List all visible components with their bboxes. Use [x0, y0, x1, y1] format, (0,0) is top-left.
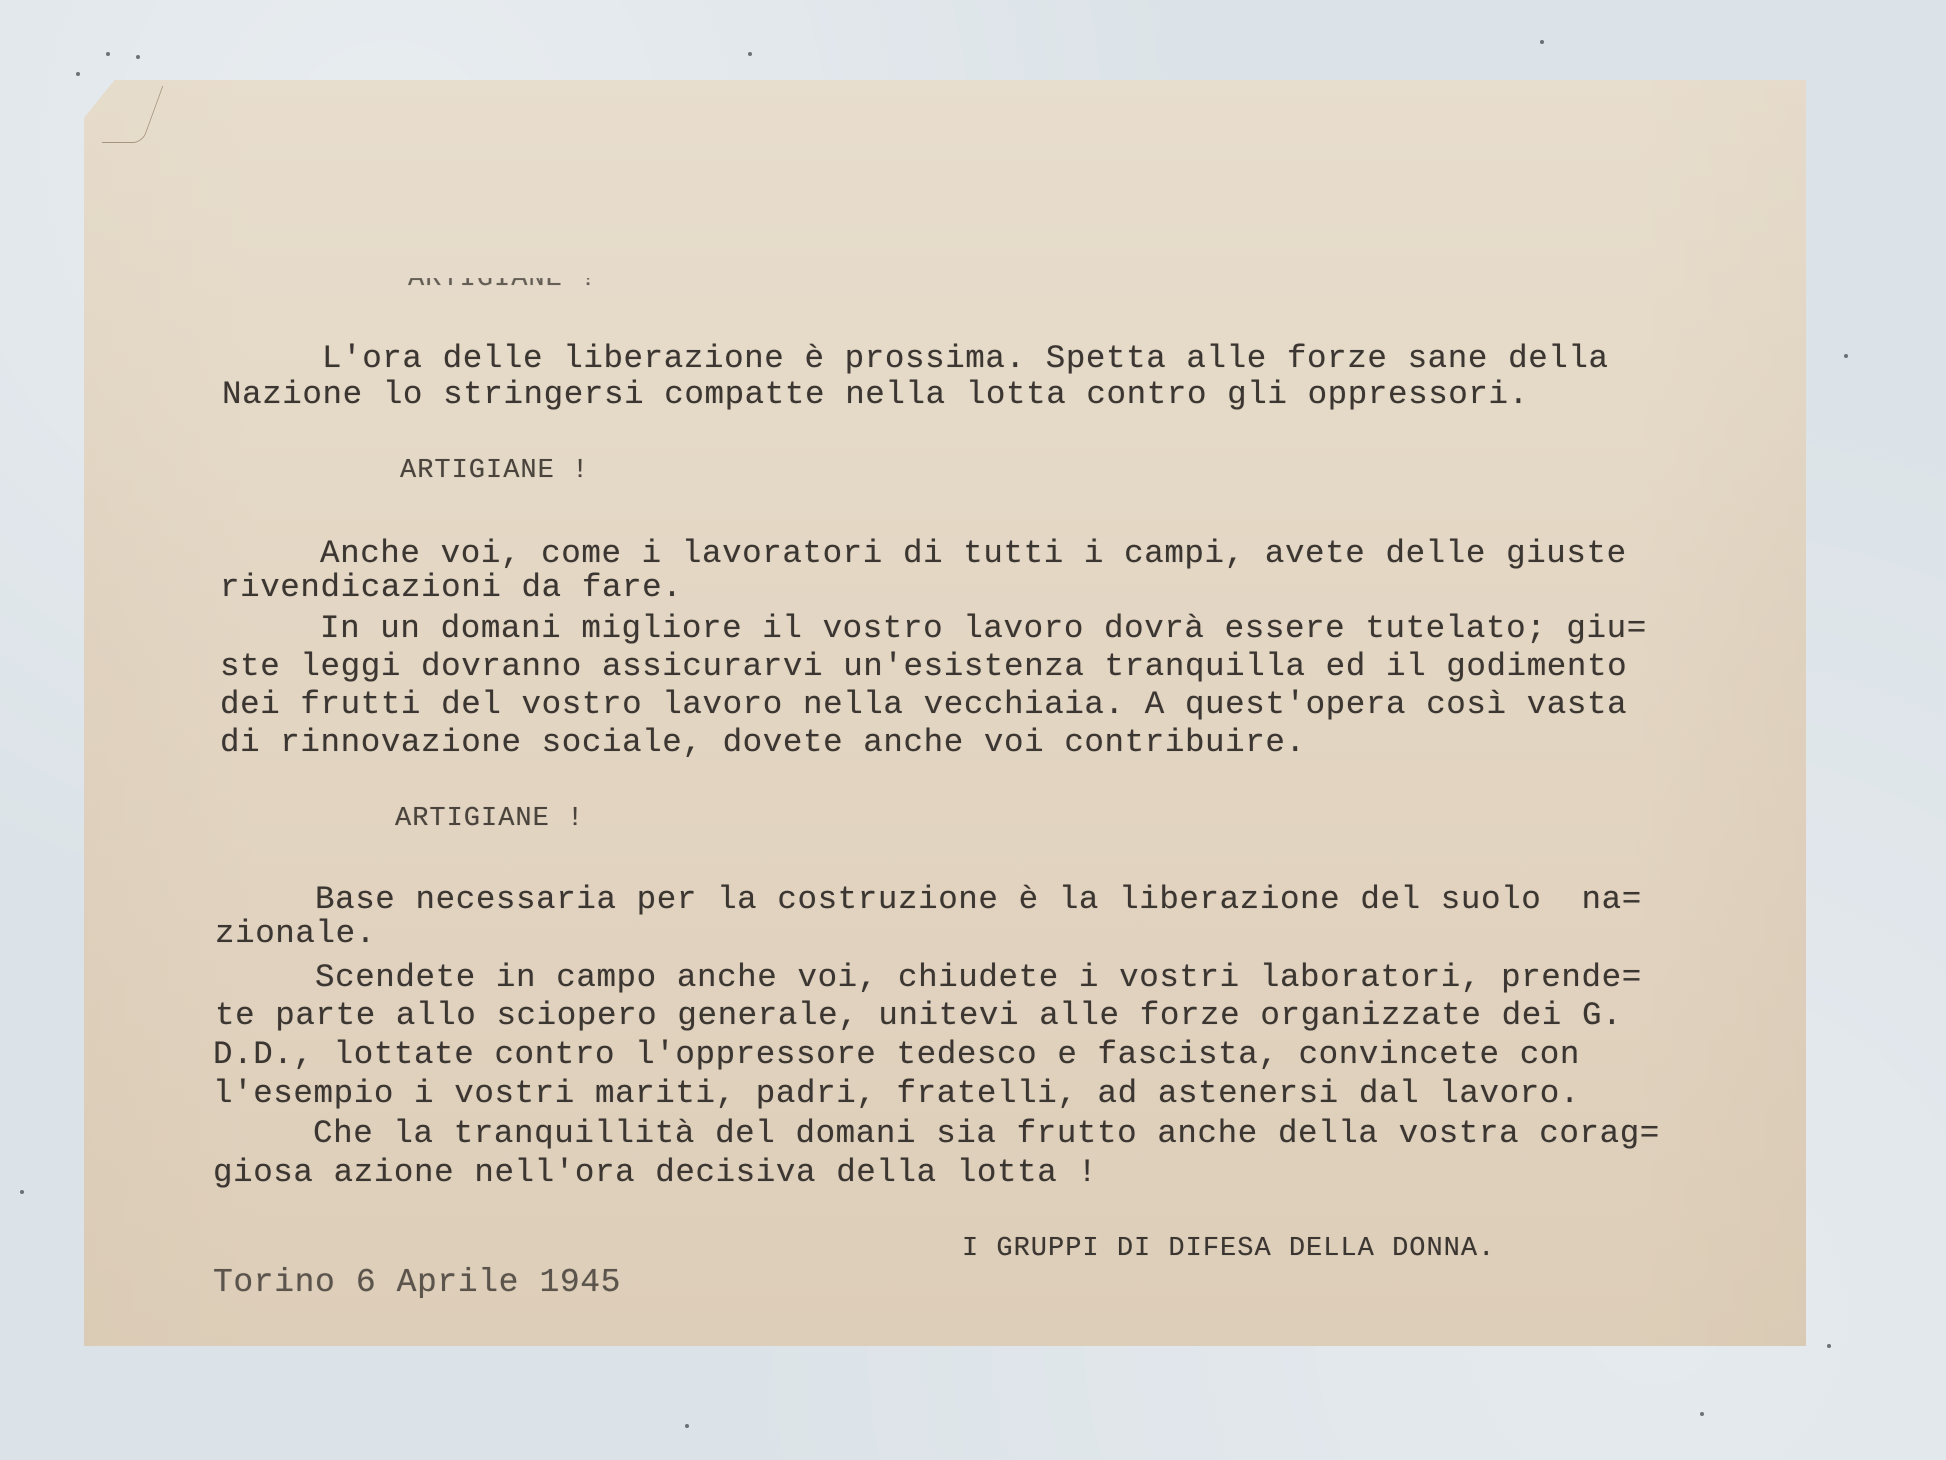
dust-speck	[1540, 40, 1544, 44]
dust-speck	[76, 72, 80, 76]
place-date: Torino 6 Aprile 1945	[213, 1266, 621, 1299]
paragraph-3-line-7: Che la tranquillità del domani sia frutt…	[313, 1118, 1660, 1151]
signature: I GRUPPI DI DIFESA DELLA DONNA.	[962, 1236, 1495, 1263]
dust-speck	[106, 52, 110, 56]
dust-speck	[136, 55, 140, 59]
heading-artigiane-2: ARTIGIANE !	[400, 458, 589, 485]
paragraph-1-line-1: L'ora delle liberazione è prossima. Spet…	[322, 343, 1609, 376]
paragraph-1-line-2: Nazione lo stringersi compatte nella lot…	[222, 379, 1529, 412]
dust-speck	[1827, 1344, 1831, 1348]
paragraph-3-line-4: te parte allo sciopero generale, unitevi…	[215, 1000, 1622, 1033]
paragraph-2-line-2: rivendicazioni da fare.	[220, 572, 682, 605]
dust-speck	[20, 1190, 24, 1194]
paragraph-3-line-3: Scendete in campo anche voi, chiudete i …	[315, 962, 1642, 995]
paragraph-3-line-2: zionale.	[215, 918, 376, 951]
paragraph-3-line-6: l'esempio i vostri mariti, padri, fratel…	[213, 1078, 1580, 1111]
dust-speck	[1844, 354, 1848, 358]
paragraph-3-line-8: giosa azione nell'ora decisiva della lot…	[213, 1157, 1098, 1190]
dust-speck	[748, 52, 752, 56]
paragraph-2-line-4: ste leggi dovranno assicurarvi un'esiste…	[220, 651, 1627, 684]
heading-artigiane-3: ARTIGIANE !	[395, 806, 584, 833]
dust-speck	[1700, 1412, 1704, 1416]
dust-speck	[685, 1424, 689, 1428]
paragraph-2-line-3: In un domani migliore il vostro lavoro d…	[320, 613, 1647, 646]
paragraph-3-line-1: Base necessaria per la costruzione è la …	[315, 884, 1642, 917]
paragraph-2-line-5: dei frutti del vostro lavoro nella vecch…	[220, 689, 1627, 722]
paragraph-2-line-1: Anche voi, come i lavoratori di tutti i …	[320, 538, 1627, 571]
paragraph-3-line-5: D.D., lottate contro l'oppressore tedesc…	[213, 1039, 1580, 1072]
paragraph-2-line-6: di rinnovazione sociale, dovete anche vo…	[220, 727, 1306, 760]
